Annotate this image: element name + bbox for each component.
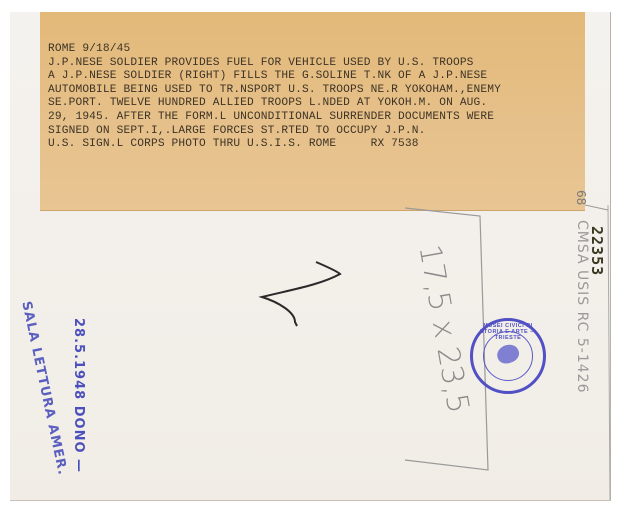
caption-line: SE.PORT. TWELVE HUNDRED ALLIED TROOPS L.… [48,97,501,111]
circular-museum-stamp: MUSEI CIVICI DI STORIA E ARTE — TRIESTE [470,318,546,394]
caption-line: 29, 1945. AFTER THE FORM.L UNCONDITIONAL… [48,111,501,125]
caption-line: U.S. SIGN.L CORPS PHOTO THRU U.S.I.S. RO… [48,138,501,152]
caption-line: ROME 9/18/45 [48,43,501,57]
stamp-text: MUSEI CIVICI DI STORIA E ARTE — TRIESTE [473,323,543,341]
caption-line: J.P.NESE SOLDIER PROVIDES FUEL FOR VEHIC… [48,57,501,71]
caption-text: ROME 9/18/45J.P.NESE SOLDIER PROVIDES FU… [48,43,501,152]
caption-line: SIGNED ON SEPT.I,.LARGE FORCES ST.RTED T… [48,125,501,139]
caption-line: AUTOMOBILE BEING USED TO TR.NSPORT U.S. … [48,84,501,98]
archive-reference: CMSA USIS RC 5-1426 [574,220,590,393]
pencil-corner-number: 68 [574,190,588,205]
caption-line: A J.P.NESE SOLDIER (RIGHT) FILLS THE G.S… [48,70,501,84]
donation-date-stamp: 28.5.1948 DONO — [71,318,86,473]
serial-number: 22353 [588,226,606,276]
